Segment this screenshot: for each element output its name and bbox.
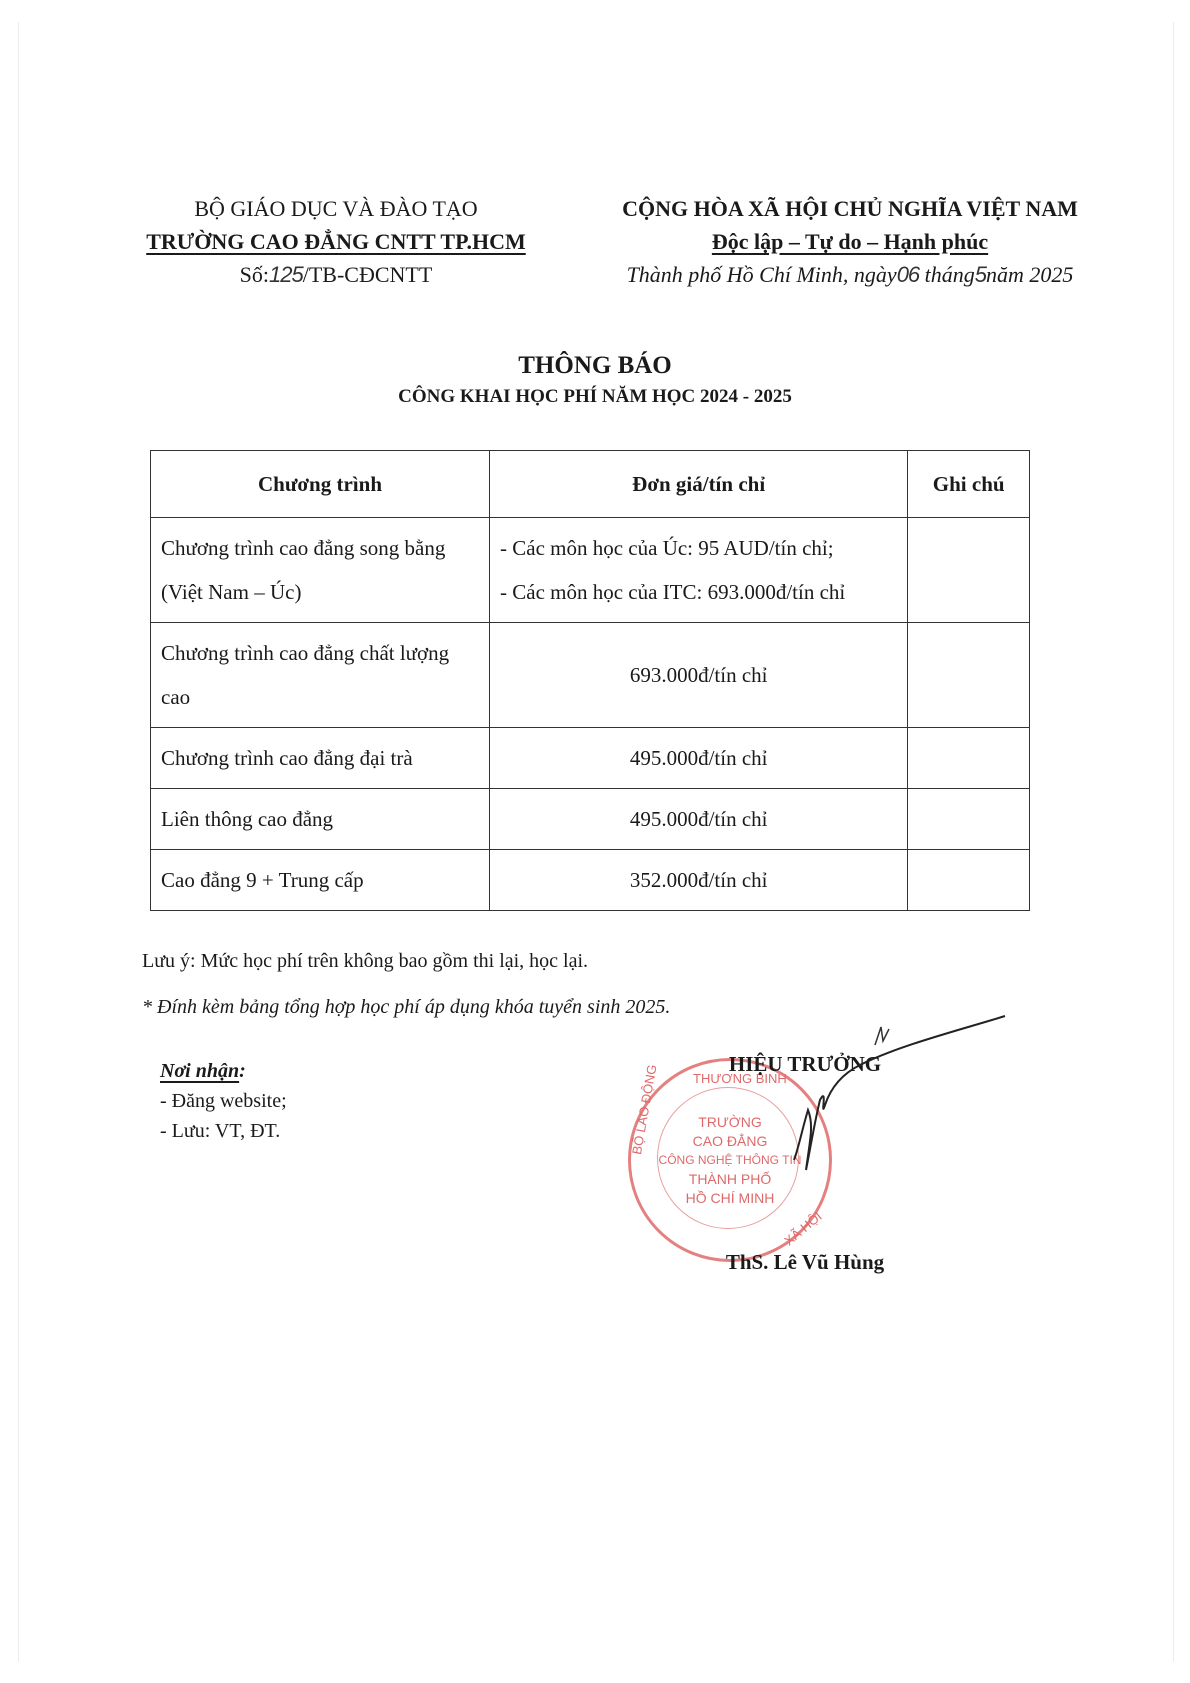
school-name-text: TRƯỜNG CAO ĐẲNG CNTT TP.HCM [146, 229, 526, 254]
note-cell [908, 518, 1030, 623]
motto-text: Độc lập – Tự do – Hạnh phúc [712, 229, 988, 254]
recipient-item: - Đăng website; [160, 1086, 287, 1116]
note-cell [908, 623, 1030, 728]
table-row: Chương trình cao đẳng song bằng (Việt Na… [151, 518, 1030, 623]
note-cell [908, 850, 1030, 911]
header-right: CỘNG HÒA XÃ HỘI CHỦ NGHĨA VIỆT NAM Độc l… [590, 192, 1110, 291]
column-header-note: Ghi chú [908, 451, 1030, 518]
attachment-note: * Đính kèm bảng tổng hợp học phí áp dụng… [142, 996, 670, 1019]
fee-line: - Các môn học của ITC: 693.000đ/tín chỉ [500, 570, 897, 614]
column-header-fee: Đơn giá/tín chỉ [490, 451, 908, 518]
table-row: Chương trình cao đẳng đại trà 495.000đ/t… [151, 728, 1030, 789]
program-cell: Chương trình cao đẳng chất lượng cao [151, 623, 490, 728]
document-number: Số:125/TB-CĐCNTT [118, 258, 554, 291]
nation-name: CỘNG HÒA XÃ HỘI CHỦ NGHĨA VIỆT NAM [590, 192, 1110, 225]
program-cell: Liên thông cao đẳng [151, 789, 490, 850]
date-month-label: tháng [925, 262, 975, 287]
school-name: TRƯỜNG CAO ĐẲNG CNTT TP.HCM [118, 225, 554, 258]
program-cell: Chương trình cao đẳng song bằng (Việt Na… [151, 518, 490, 623]
fee-cell: 693.000đ/tín chỉ [490, 623, 908, 728]
table-row: Chương trình cao đẳng chất lượng cao 693… [151, 623, 1030, 728]
table-header-row: Chương trình Đơn giá/tín chỉ Ghi chú [151, 451, 1030, 518]
doc-number-prefix: Số: [240, 262, 269, 287]
date-day-handwritten: 06 [897, 262, 919, 287]
document-title: THÔNG BÁO [0, 352, 1190, 380]
signer-name: ThS. Lê Vũ Hùng [690, 1250, 920, 1275]
table-row: Cao đẳng 9 + Trung cấp 352.000đ/tín chỉ [151, 850, 1030, 911]
signature-scribble-icon [780, 1010, 1020, 1210]
fee-cell: 352.000đ/tín chỉ [490, 850, 908, 911]
document-date: Thành phố Hồ Chí Minh, ngày06 tháng5năm … [590, 258, 1110, 291]
program-cell: Chương trình cao đẳng đại trà [151, 728, 490, 789]
fee-cell: 495.000đ/tín chỉ [490, 789, 908, 850]
recipients-label: Nơi nhận: [160, 1056, 287, 1086]
recipients-label-text: Nơi nhận [160, 1060, 239, 1082]
column-header-program: Chương trình [151, 451, 490, 518]
fee-cell: 495.000đ/tín chỉ [490, 728, 908, 789]
fee-cell: - Các môn học của Úc: 95 AUD/tín chỉ; - … [490, 518, 908, 623]
fee-line: - Các môn học của Úc: 95 AUD/tín chỉ; [500, 526, 897, 570]
tuition-fee-table: Chương trình Đơn giá/tín chỉ Ghi chú Chư… [150, 450, 1030, 911]
doc-number-handwritten: 125 [269, 262, 303, 287]
note-cell [908, 789, 1030, 850]
program-cell: Cao đẳng 9 + Trung cấp [151, 850, 490, 911]
date-year: năm 2025 [986, 262, 1073, 287]
note-cell [908, 728, 1030, 789]
table-row: Liên thông cao đẳng 495.000đ/tín chỉ [151, 789, 1030, 850]
date-month-handwritten: 5 [975, 262, 986, 287]
recipient-item: - Lưu: VT, ĐT. [160, 1116, 287, 1146]
motto: Độc lập – Tự do – Hạnh phúc [590, 225, 1110, 258]
doc-number-suffix: /TB-CĐCNTT [303, 262, 433, 287]
header-left: BỘ GIÁO DỤC VÀ ĐÀO TẠO TRƯỜNG CAO ĐẲNG C… [118, 192, 554, 291]
document-subtitle: CÔNG KHAI HỌC PHÍ NĂM HỌC 2024 - 2025 [0, 386, 1190, 408]
recipients: Nơi nhận: - Đăng website; - Lưu: VT, ĐT. [160, 1056, 287, 1146]
date-prefix: Thành phố Hồ Chí Minh, ngày [627, 262, 897, 287]
ministry-name: BỘ GIÁO DỤC VÀ ĐÀO TẠO [118, 192, 554, 225]
fee-note: Lưu ý: Mức học phí trên không bao gồm th… [142, 950, 588, 973]
